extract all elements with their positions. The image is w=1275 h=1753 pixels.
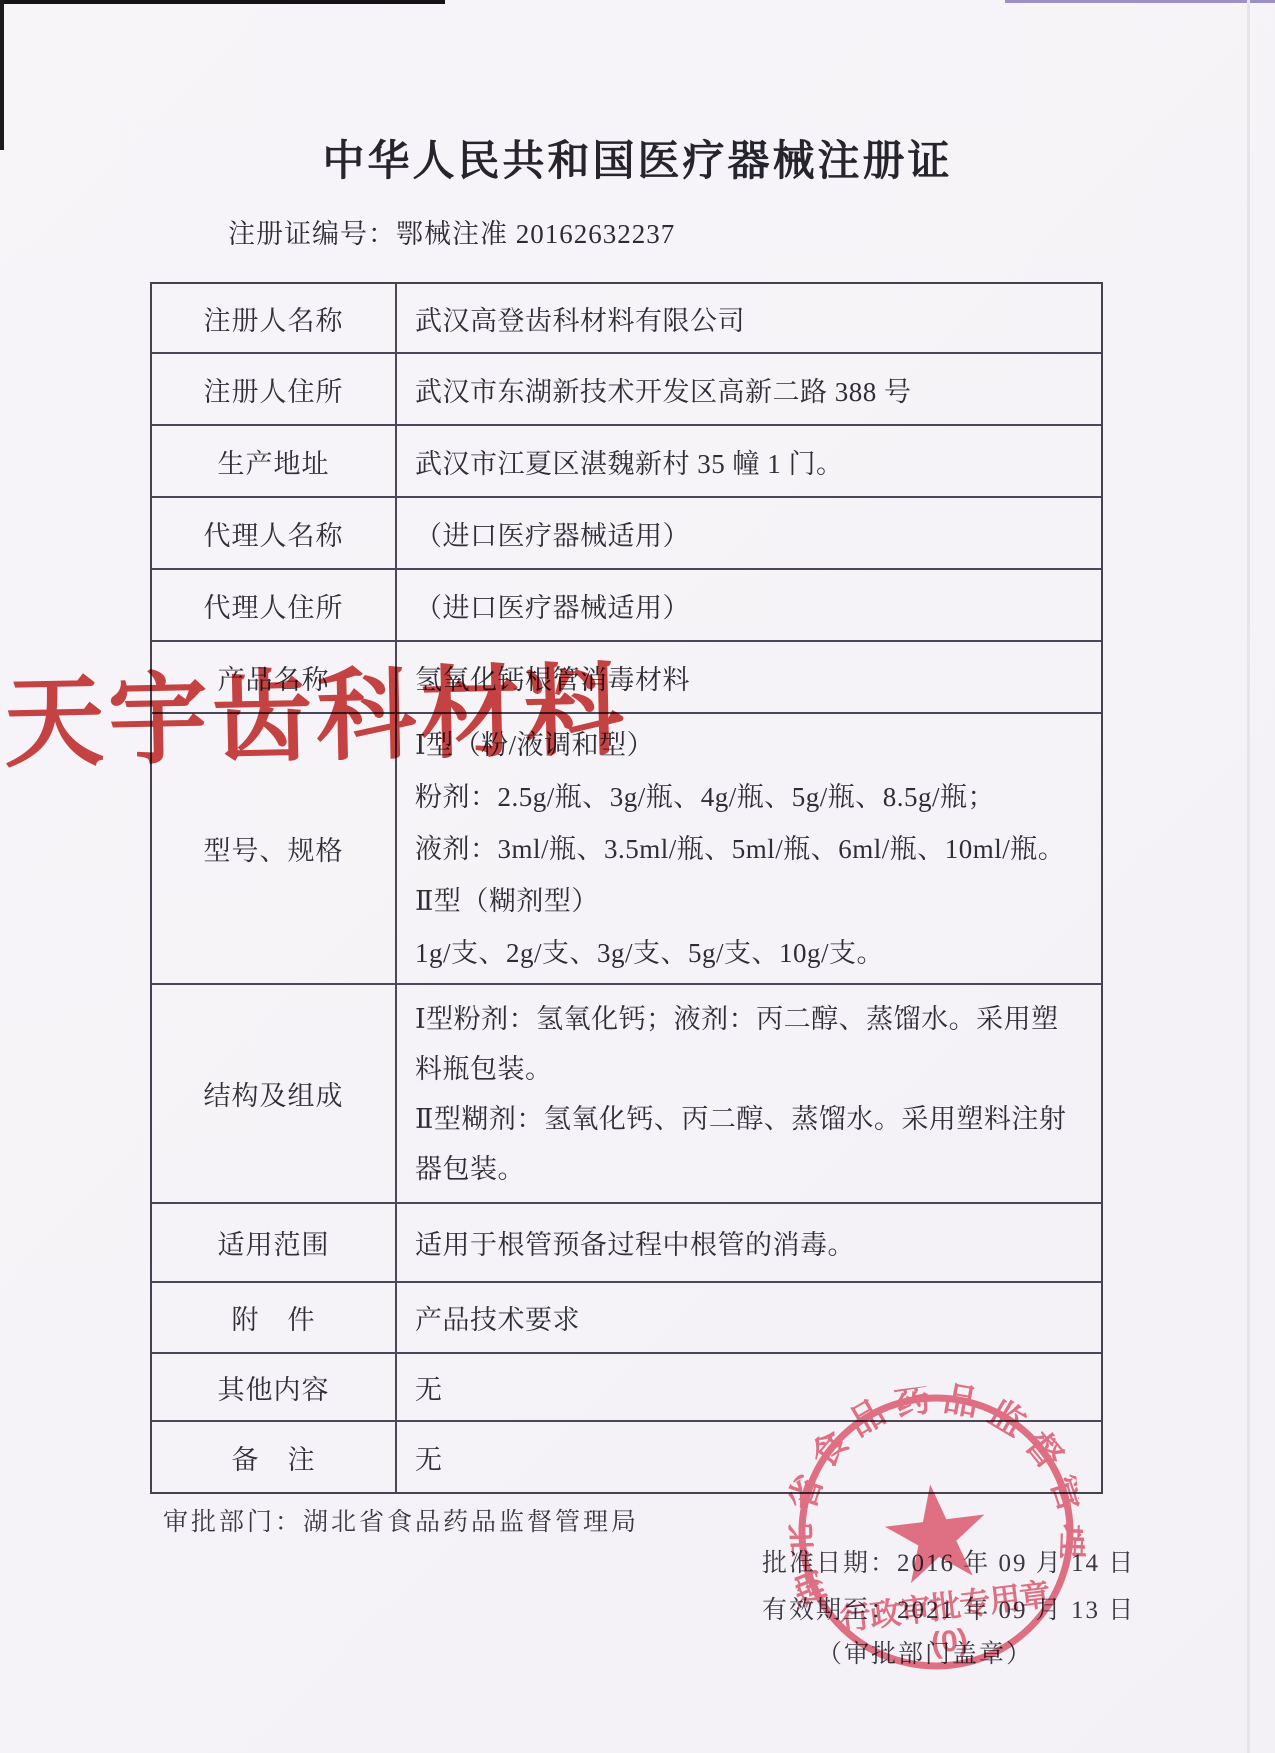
certificate-number-label: 注册证编号： (228, 219, 396, 249)
scan-edge-right (1247, 0, 1250, 1753)
certificate-number-line: 注册证编号：鄂械注准 20162632237 (228, 212, 675, 251)
table-row: 注册人住所 武汉市东湖新技术开发区高新二路 388 号 (152, 354, 1101, 426)
stamp-arc-text: 湖北省食品药品监督管理局 (773, 1369, 1098, 1614)
scan-edge-top-right (1005, 0, 1275, 3)
row-value: 适用于根管预备过程中根管的消毒。 (415, 1223, 1101, 1262)
row-label: 注册人名称 (152, 284, 397, 352)
stamp-number: (0) (929, 1623, 969, 1660)
row-label: 代理人名称 (152, 498, 397, 568)
spec-line: Ⅱ型（糊剂型） (415, 875, 1101, 927)
row-label: 备 注 (152, 1422, 397, 1492)
approval-department-label: 审批部门： (163, 1509, 303, 1536)
row-value: 武汉市江夏区湛魏新村 35 幢 1 门。 (415, 442, 1101, 481)
row-label: 结构及组成 (152, 985, 397, 1202)
approval-department-value: 湖北省食品药品监督管理局 (303, 1509, 639, 1536)
composition-line: Ⅱ型糊剂：氢氧化钙、丙二醇、蒸馏水。采用塑料注射 (415, 1094, 1101, 1144)
approval-department-line: 审批部门：湖北省食品药品监督管理局 (163, 1502, 639, 1538)
spec-line: 粉剂：2.5g/瓶、3g/瓶、4g/瓶、5g/瓶、8.5g/瓶； (415, 771, 1101, 823)
row-value: 产品技术要求 (415, 1298, 1101, 1337)
table-row: 附 件 产品技术要求 (152, 1283, 1101, 1354)
composition-line: 料瓶包装。 (415, 1044, 1101, 1094)
row-value: 武汉市东湖新技术开发区高新二路 388 号 (415, 370, 1101, 409)
table-row: 生产地址 武汉市江夏区湛魏新村 35 幢 1 门。 (152, 426, 1101, 498)
table-row-composition: 结构及组成 Ⅰ型粉剂：氢氧化钙；液剂：丙二醇、蒸馏水。采用塑 料瓶包装。 Ⅱ型糊… (152, 985, 1101, 1204)
spec-line: 1g/支、2g/支、3g/支、5g/支、10g/支。 (415, 927, 1101, 979)
spec-line: 液剂：3ml/瓶、3.5ml/瓶、5ml/瓶、6ml/瓶、10ml/瓶。 (415, 823, 1101, 875)
certificate-number-value: 鄂械注准 20162632237 (396, 219, 675, 249)
composition-line: Ⅰ型粉剂：氢氧化钙；液剂：丙二醇、蒸馏水。采用塑 (415, 994, 1101, 1044)
svg-text:湖北省食品药品监督管理局: 湖北省食品药品监督管理局 (773, 1369, 1098, 1614)
certificate-page: 中华人民共和国医疗器械注册证 注册证编号：鄂械注准 20162632237 注册… (0, 0, 1275, 1753)
row-value: 武汉高登齿科材料有限公司 (415, 299, 1101, 338)
row-label: 附 件 (152, 1283, 397, 1352)
composition-line: 器包装。 (415, 1144, 1101, 1194)
registration-table: 注册人名称 武汉高登齿科材料有限公司 注册人住所 武汉市东湖新技术开发区高新二路… (150, 282, 1103, 1494)
red-watermark-text: 天宇齿科材料 (3, 655, 645, 778)
scan-edge-top (0, 0, 445, 4)
row-value: （进口医疗器械适用） (415, 586, 1101, 625)
row-label: 生产地址 (152, 426, 397, 496)
row-value: （进口医疗器械适用） (415, 514, 1101, 553)
table-row: 适用范围 适用于根管预备过程中根管的消毒。 (152, 1204, 1101, 1283)
row-label: 适用范围 (152, 1204, 397, 1281)
table-row: 代理人住所 （进口医疗器械适用） (152, 570, 1101, 642)
star-icon (880, 1478, 991, 1585)
row-label: 代理人住所 (152, 570, 397, 640)
document-title: 中华人民共和国医疗器械注册证 (0, 128, 1275, 188)
table-row: 代理人名称 （进口医疗器械适用） (152, 498, 1101, 570)
row-label: 其他内容 (152, 1354, 397, 1420)
row-label: 注册人住所 (152, 354, 397, 424)
table-row: 注册人名称 武汉高登齿科材料有限公司 (152, 284, 1101, 354)
official-stamp: 湖北省食品药品监督管理局 行政审批专用章 (0) (773, 1369, 1098, 1694)
